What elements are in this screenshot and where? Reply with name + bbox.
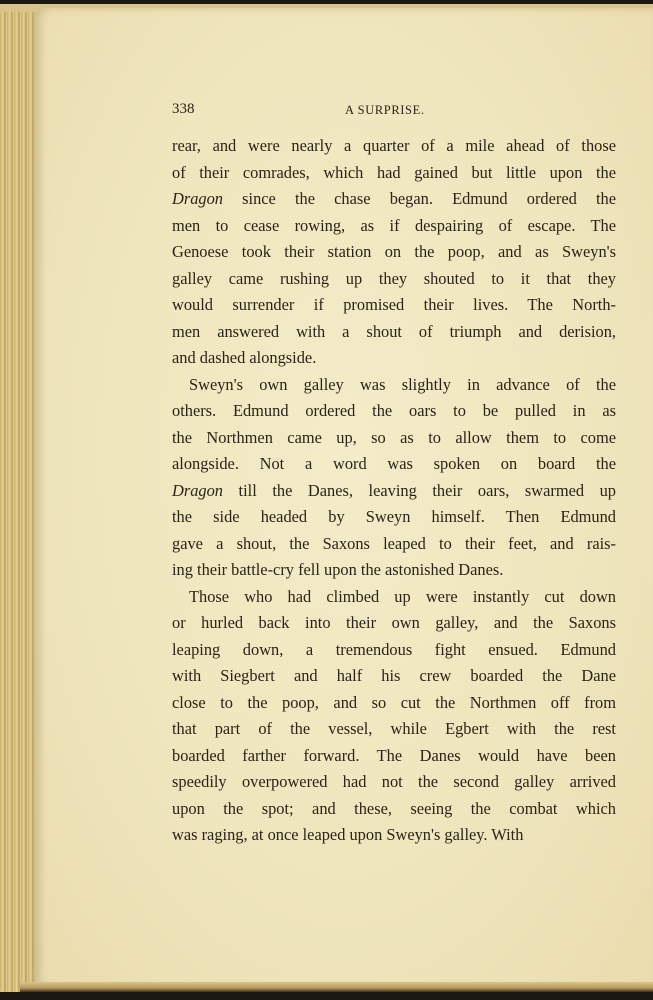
paragraph: rear, and were nearly a quarter of a mil… xyxy=(172,133,616,372)
chapter-title: A SURPRISE. xyxy=(345,103,425,118)
text-line: close to the poop, and so cut the Northm… xyxy=(172,690,616,717)
text-line: others. Edmund ordered the oars to be pu… xyxy=(172,398,616,425)
text-line: Those who had climbed up were instantly … xyxy=(172,584,616,611)
text-line: the Northmen came up, so as to allow the… xyxy=(172,425,616,452)
text-line: men answered with a shout of triumph and… xyxy=(172,319,616,346)
text-line: Sweyn's own galley was slightly in advan… xyxy=(172,372,616,399)
running-head: 338 A SURPRISE. xyxy=(172,101,616,123)
text-line: Genoese took their station on the poop, … xyxy=(172,239,616,266)
page-bottom-edge xyxy=(20,982,653,992)
text-line: upon the spot; and these, seeing the com… xyxy=(172,796,616,823)
text-line: would surrender if promised their lives.… xyxy=(172,292,616,319)
text-line: galley came rushing up they shouted to i… xyxy=(172,266,616,293)
text-line: Dragon till the Danes, leaving their oar… xyxy=(172,478,616,505)
text-line: alongside. Not a word was spoken on boar… xyxy=(172,451,616,478)
text-line: or hurled back into their own galley, an… xyxy=(172,610,616,637)
text-line: and dashed alongside. xyxy=(172,345,616,372)
text-line: leaping down, a tremendous fight ensued.… xyxy=(172,637,616,664)
text-line: gave a shout, the Saxons leaped to their… xyxy=(172,531,616,558)
text-line: Dragon since the chase began. Edmund ord… xyxy=(172,186,616,213)
text-line: men to cease rowing, as if despairing of… xyxy=(172,213,616,240)
text-line: the side headed by Sweyn himself. Then E… xyxy=(172,504,616,531)
text-line: that part of the vessel, while Egbert wi… xyxy=(172,716,616,743)
text-line: rear, and were nearly a quarter of a mil… xyxy=(172,133,616,160)
page-number: 338 xyxy=(172,101,195,118)
text-line: ing their battle-cry fell upon the aston… xyxy=(172,557,616,584)
paragraph: Sweyn's own galley was slightly in advan… xyxy=(172,372,616,584)
text-line: of their comrades, which had gained but … xyxy=(172,160,616,187)
body-text: rear, and were nearly a quarter of a mil… xyxy=(172,133,616,849)
text-line: with Siegbert and half his crew boarded … xyxy=(172,663,616,690)
text-line: was raging, at once leaped upon Sweyn's … xyxy=(172,822,616,849)
text-line: speedily overpowered had not the second … xyxy=(172,769,616,796)
text-line: boarded farther forward. The Danes would… xyxy=(172,743,616,770)
paragraph: Those who had climbed up were instantly … xyxy=(172,584,616,849)
